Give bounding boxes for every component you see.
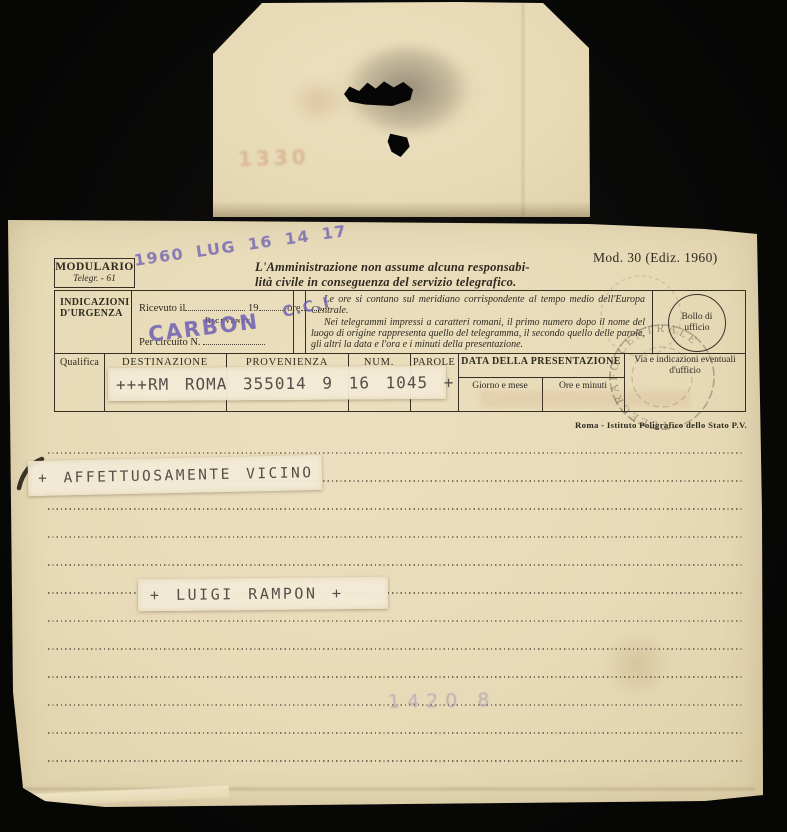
- faint-number-stamp: 1330: [238, 145, 310, 171]
- message-text: + AFFETTUOSAMENTE VICINO: [38, 465, 314, 487]
- message-strip: + AFFETTUOSAMENTE VICINO: [28, 455, 323, 496]
- ruled-line: [48, 508, 743, 510]
- ruled-line: [48, 732, 743, 734]
- telegram-sheet: MODULARIO Telegr. - 61 1960 LUG 16 14 17…: [5, 212, 767, 813]
- flap-stain-pink: [280, 70, 355, 132]
- col-giorno-mese: Giorno e mese: [458, 381, 542, 391]
- signature-text: + LUIGI RAMPON +: [150, 584, 344, 604]
- sheet-stain: [590, 617, 685, 712]
- disclaimer-line1: L'Amministrazione non assume alcuna resp…: [255, 260, 570, 275]
- disclaimer-line2: lità civile in conseguenza del servizio …: [255, 275, 570, 290]
- form-edition-label: Mod. 30 (Ediz. 1960): [593, 250, 763, 266]
- modulario-title: MODULARIO: [55, 262, 134, 274]
- printer-credit: Roma - Istituto Poligrafico dello Stato …: [435, 420, 747, 430]
- ruled-line: [48, 452, 743, 454]
- flap-fold-shadow: [205, 201, 595, 217]
- received-label: Ricevuto il: [139, 303, 185, 314]
- ruled-line: [48, 536, 743, 538]
- flap-crease: [522, 0, 524, 217]
- modulario-subtitle: Telegr. - 61: [55, 275, 134, 285]
- signature-strip: + LUIGI RAMPON +: [138, 577, 388, 612]
- urgency-label: INDICAZIONI D'URGENZA: [60, 297, 126, 319]
- disclaimer-text: L'Amministrazione non assume alcuna resp…: [255, 260, 570, 289]
- col-destinazione: DESTINAZIONE: [104, 357, 226, 368]
- modulario-box: MODULARIO Telegr. - 61: [54, 258, 135, 288]
- telegram-scan: 1330 MODULARIO Telegr. - 61 1960 LUG 16 …: [0, 0, 787, 832]
- faint-number-stamp-bottom: 1420 8: [388, 689, 497, 713]
- ruled-line: [48, 564, 743, 566]
- ruled-line: [48, 760, 743, 762]
- paper-flap: 1330: [205, 0, 595, 217]
- routing-strip: +++RM ROMA 355014 9 16 1045 +: [108, 366, 446, 401]
- col-qualifica: Qualifica: [55, 357, 104, 368]
- routing-text: +++RM ROMA 355014 9 16 1045 +: [116, 373, 454, 394]
